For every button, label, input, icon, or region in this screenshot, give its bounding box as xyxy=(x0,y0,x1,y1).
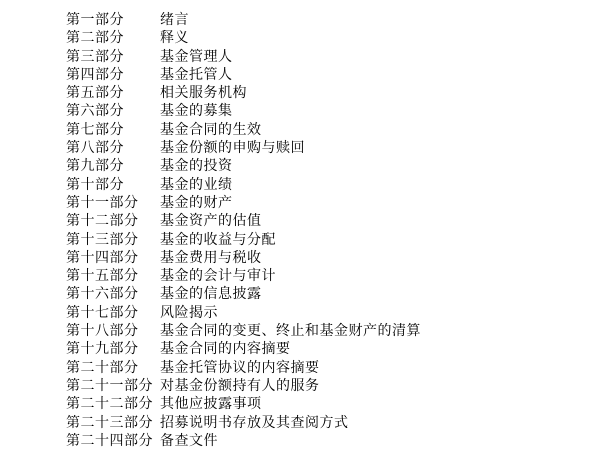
toc-part-title: 招募说明书存放及其查阅方式 xyxy=(160,414,349,432)
toc-part-title: 基金的投资 xyxy=(160,157,233,175)
toc-part-label: 第二十四部分 xyxy=(66,432,160,450)
toc-row: 第十八部分 基金合同的变更、终止和基金财产的清算 xyxy=(66,322,592,340)
toc-part-title: 基金的业绩 xyxy=(160,176,233,194)
toc-part-title: 基金合同的变更、终止和基金财产的清算 xyxy=(160,322,421,340)
toc-part-title: 基金的收益与分配 xyxy=(160,231,276,249)
toc-part-title: 绪言 xyxy=(160,11,189,29)
toc-part-title: 释义 xyxy=(160,29,189,47)
toc-row: 第十七部分 风险揭示 xyxy=(66,304,592,322)
toc-row: 第十四部分 基金费用与税收 xyxy=(66,249,592,267)
toc-part-title: 基金合同的生效 xyxy=(160,121,262,139)
toc-part-title: 基金管理人 xyxy=(160,48,233,66)
toc-part-title: 风险揭示 xyxy=(160,304,218,322)
toc-row: 第二十一部分 对基金份额持有人的服务 xyxy=(66,377,592,395)
toc-part-label: 第十五部分 xyxy=(66,267,160,285)
toc-part-title: 基金资产的估值 xyxy=(160,212,262,230)
toc-part-title: 其他应披露事项 xyxy=(160,395,262,413)
toc-part-label: 第七部分 xyxy=(66,121,160,139)
toc-row: 第二十四部分 备查文件 xyxy=(66,432,592,450)
toc-row: 第十部分 基金的业绩 xyxy=(66,176,592,194)
toc-part-title: 相关服务机构 xyxy=(160,84,247,102)
toc-part-label: 第十部分 xyxy=(66,176,160,194)
toc-part-label: 第十四部分 xyxy=(66,249,160,267)
toc-part-title: 基金的会计与审计 xyxy=(160,267,276,285)
toc-part-label: 第十九部分 xyxy=(66,340,160,358)
toc-part-label: 第三部分 xyxy=(66,48,160,66)
toc-part-label: 第十六部分 xyxy=(66,285,160,303)
toc-row: 第一部分 绪言 xyxy=(66,11,592,29)
toc-part-title: 基金的信息披露 xyxy=(160,285,262,303)
toc-row: 第五部分 相关服务机构 xyxy=(66,84,592,102)
toc-row: 第十一部分 基金的财产 xyxy=(66,194,592,212)
toc-part-label: 第一部分 xyxy=(66,11,160,29)
toc-row: 第七部分 基金合同的生效 xyxy=(66,121,592,139)
toc-part-label: 第二十一部分 xyxy=(66,377,160,395)
toc-row: 第十二部分 基金资产的估值 xyxy=(66,212,592,230)
toc-row: 第十九部分 基金合同的内容摘要 xyxy=(66,340,592,358)
toc-list: 第一部分 绪言 第二部分 释义 第三部分 基金管理人 第四部分 基金托管人 第五… xyxy=(66,11,592,450)
toc-part-label: 第十一部分 xyxy=(66,194,160,212)
toc-part-label: 第十二部分 xyxy=(66,212,160,230)
toc-part-title: 基金的募集 xyxy=(160,102,233,120)
toc-row: 第二十部分 基金托管协议的内容摘要 xyxy=(66,359,592,377)
toc-part-label: 第六部分 xyxy=(66,102,160,120)
toc-part-title: 基金托管协议的内容摘要 xyxy=(160,359,320,377)
toc-part-label: 第八部分 xyxy=(66,139,160,157)
toc-part-label: 第十七部分 xyxy=(66,304,160,322)
toc-part-label: 第四部分 xyxy=(66,66,160,84)
toc-row: 第二十二部分 其他应披露事项 xyxy=(66,395,592,413)
toc-row: 第十三部分 基金的收益与分配 xyxy=(66,231,592,249)
toc-row: 第六部分 基金的募集 xyxy=(66,102,592,120)
toc-row: 第四部分 基金托管人 xyxy=(66,66,592,84)
toc-row: 第十六部分 基金的信息披露 xyxy=(66,285,592,303)
toc-part-title: 基金的财产 xyxy=(160,194,233,212)
toc-row: 第二十三部分 招募说明书存放及其查阅方式 xyxy=(66,414,592,432)
toc-part-title: 备查文件 xyxy=(160,432,218,450)
toc-part-label: 第十八部分 xyxy=(66,322,160,340)
document-page: 第一部分 绪言 第二部分 释义 第三部分 基金管理人 第四部分 基金托管人 第五… xyxy=(0,0,592,466)
toc-part-label: 第二十三部分 xyxy=(66,414,160,432)
toc-row: 第八部分 基金份额的申购与赎回 xyxy=(66,139,592,157)
toc-part-label: 第十三部分 xyxy=(66,231,160,249)
toc-part-title: 基金合同的内容摘要 xyxy=(160,340,291,358)
toc-part-title: 对基金份额持有人的服务 xyxy=(160,377,320,395)
toc-part-title: 基金费用与税收 xyxy=(160,249,262,267)
toc-row: 第二部分 释义 xyxy=(66,29,592,47)
toc-part-label: 第二十二部分 xyxy=(66,395,160,413)
toc-part-label: 第二十部分 xyxy=(66,359,160,377)
toc-row: 第三部分 基金管理人 xyxy=(66,48,592,66)
toc-row: 第十五部分 基金的会计与审计 xyxy=(66,267,592,285)
toc-part-label: 第九部分 xyxy=(66,157,160,175)
toc-part-title: 基金份额的申购与赎回 xyxy=(160,139,305,157)
toc-row: 第九部分 基金的投资 xyxy=(66,157,592,175)
toc-part-title: 基金托管人 xyxy=(160,66,233,84)
toc-part-label: 第二部分 xyxy=(66,29,160,47)
toc-part-label: 第五部分 xyxy=(66,84,160,102)
